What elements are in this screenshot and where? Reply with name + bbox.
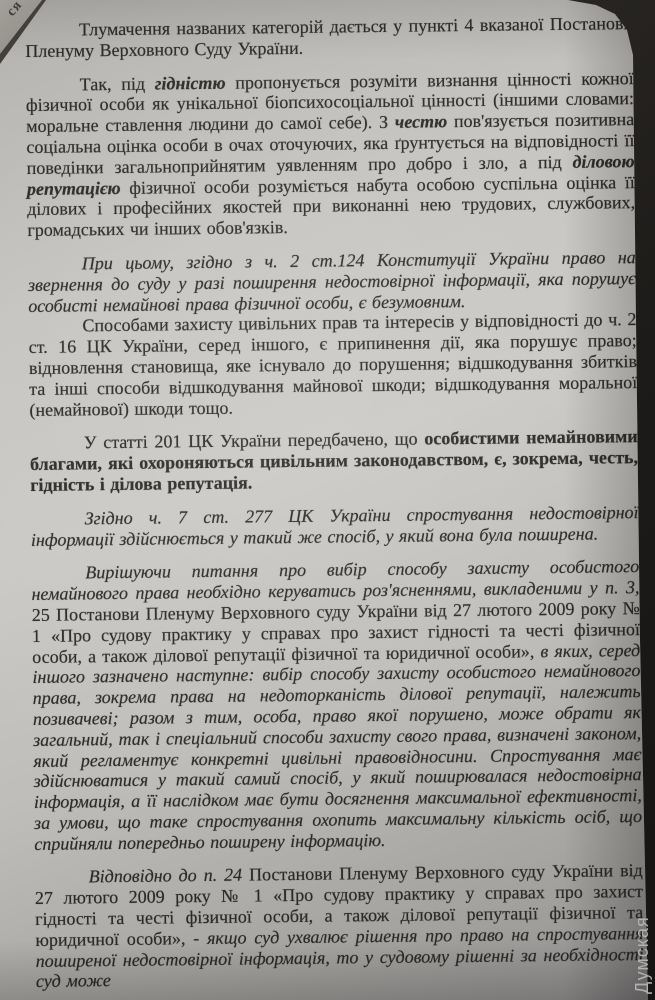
paragraph-7: Вирішуючи питання про вибір способу захи… xyxy=(31,556,642,854)
document-text: Тлумачення названих категорій дається у … xyxy=(25,13,644,992)
text-segment: в яких, серед іншого зазначено наступне:… xyxy=(32,640,642,854)
text-segment: Способами захисту цивільних прав та інте… xyxy=(29,309,638,419)
paragraph-1: Тлумачення названих категорій дається у … xyxy=(25,13,633,61)
text-segment: гідністю xyxy=(155,72,226,93)
text-segment: Згідно ч. 7 ст. 277 ЦК України спростува… xyxy=(31,502,639,550)
paragraph-5: У статті 201 ЦК України передбачено, що … xyxy=(30,426,639,495)
paragraph-3: При цьому, згідно з ч. 2 ст.124 Конститу… xyxy=(28,247,637,316)
document-page: Тлумачення названих категорій дається у … xyxy=(0,0,655,1000)
watermark: Думская xyxy=(632,864,653,994)
paragraph-8: Відповідно до п. 24 Постанови Пленуму Ве… xyxy=(35,861,644,993)
paragraph-6: Згідно ч. 7 ст. 277 ЦК України спростува… xyxy=(31,502,639,550)
text-segment: Вирішуючи питання про вибір способу захи… xyxy=(31,556,639,604)
text-segment: Так, під xyxy=(80,73,155,94)
paragraph-2: Так, під гідністю пропонується розуміти … xyxy=(26,68,636,241)
text-segment: У статті 201 ЦК України передбачено, що xyxy=(84,429,425,453)
text-segment: честю xyxy=(395,111,448,132)
text-segment: Відповідно до п. 24 xyxy=(89,865,250,887)
text-segment: При цьому, згідно з ч. 2 ст.124 Конститу… xyxy=(28,247,636,315)
underlying-page-text-fragment: ся xyxy=(4,0,26,20)
text-segment: Тлумачення названих категорій дається у … xyxy=(25,13,633,61)
photo-frame: ся Тлумачення названих категорій дається… xyxy=(0,0,655,1000)
paragraph-4: Способами захисту цивільних прав та інте… xyxy=(28,309,637,420)
